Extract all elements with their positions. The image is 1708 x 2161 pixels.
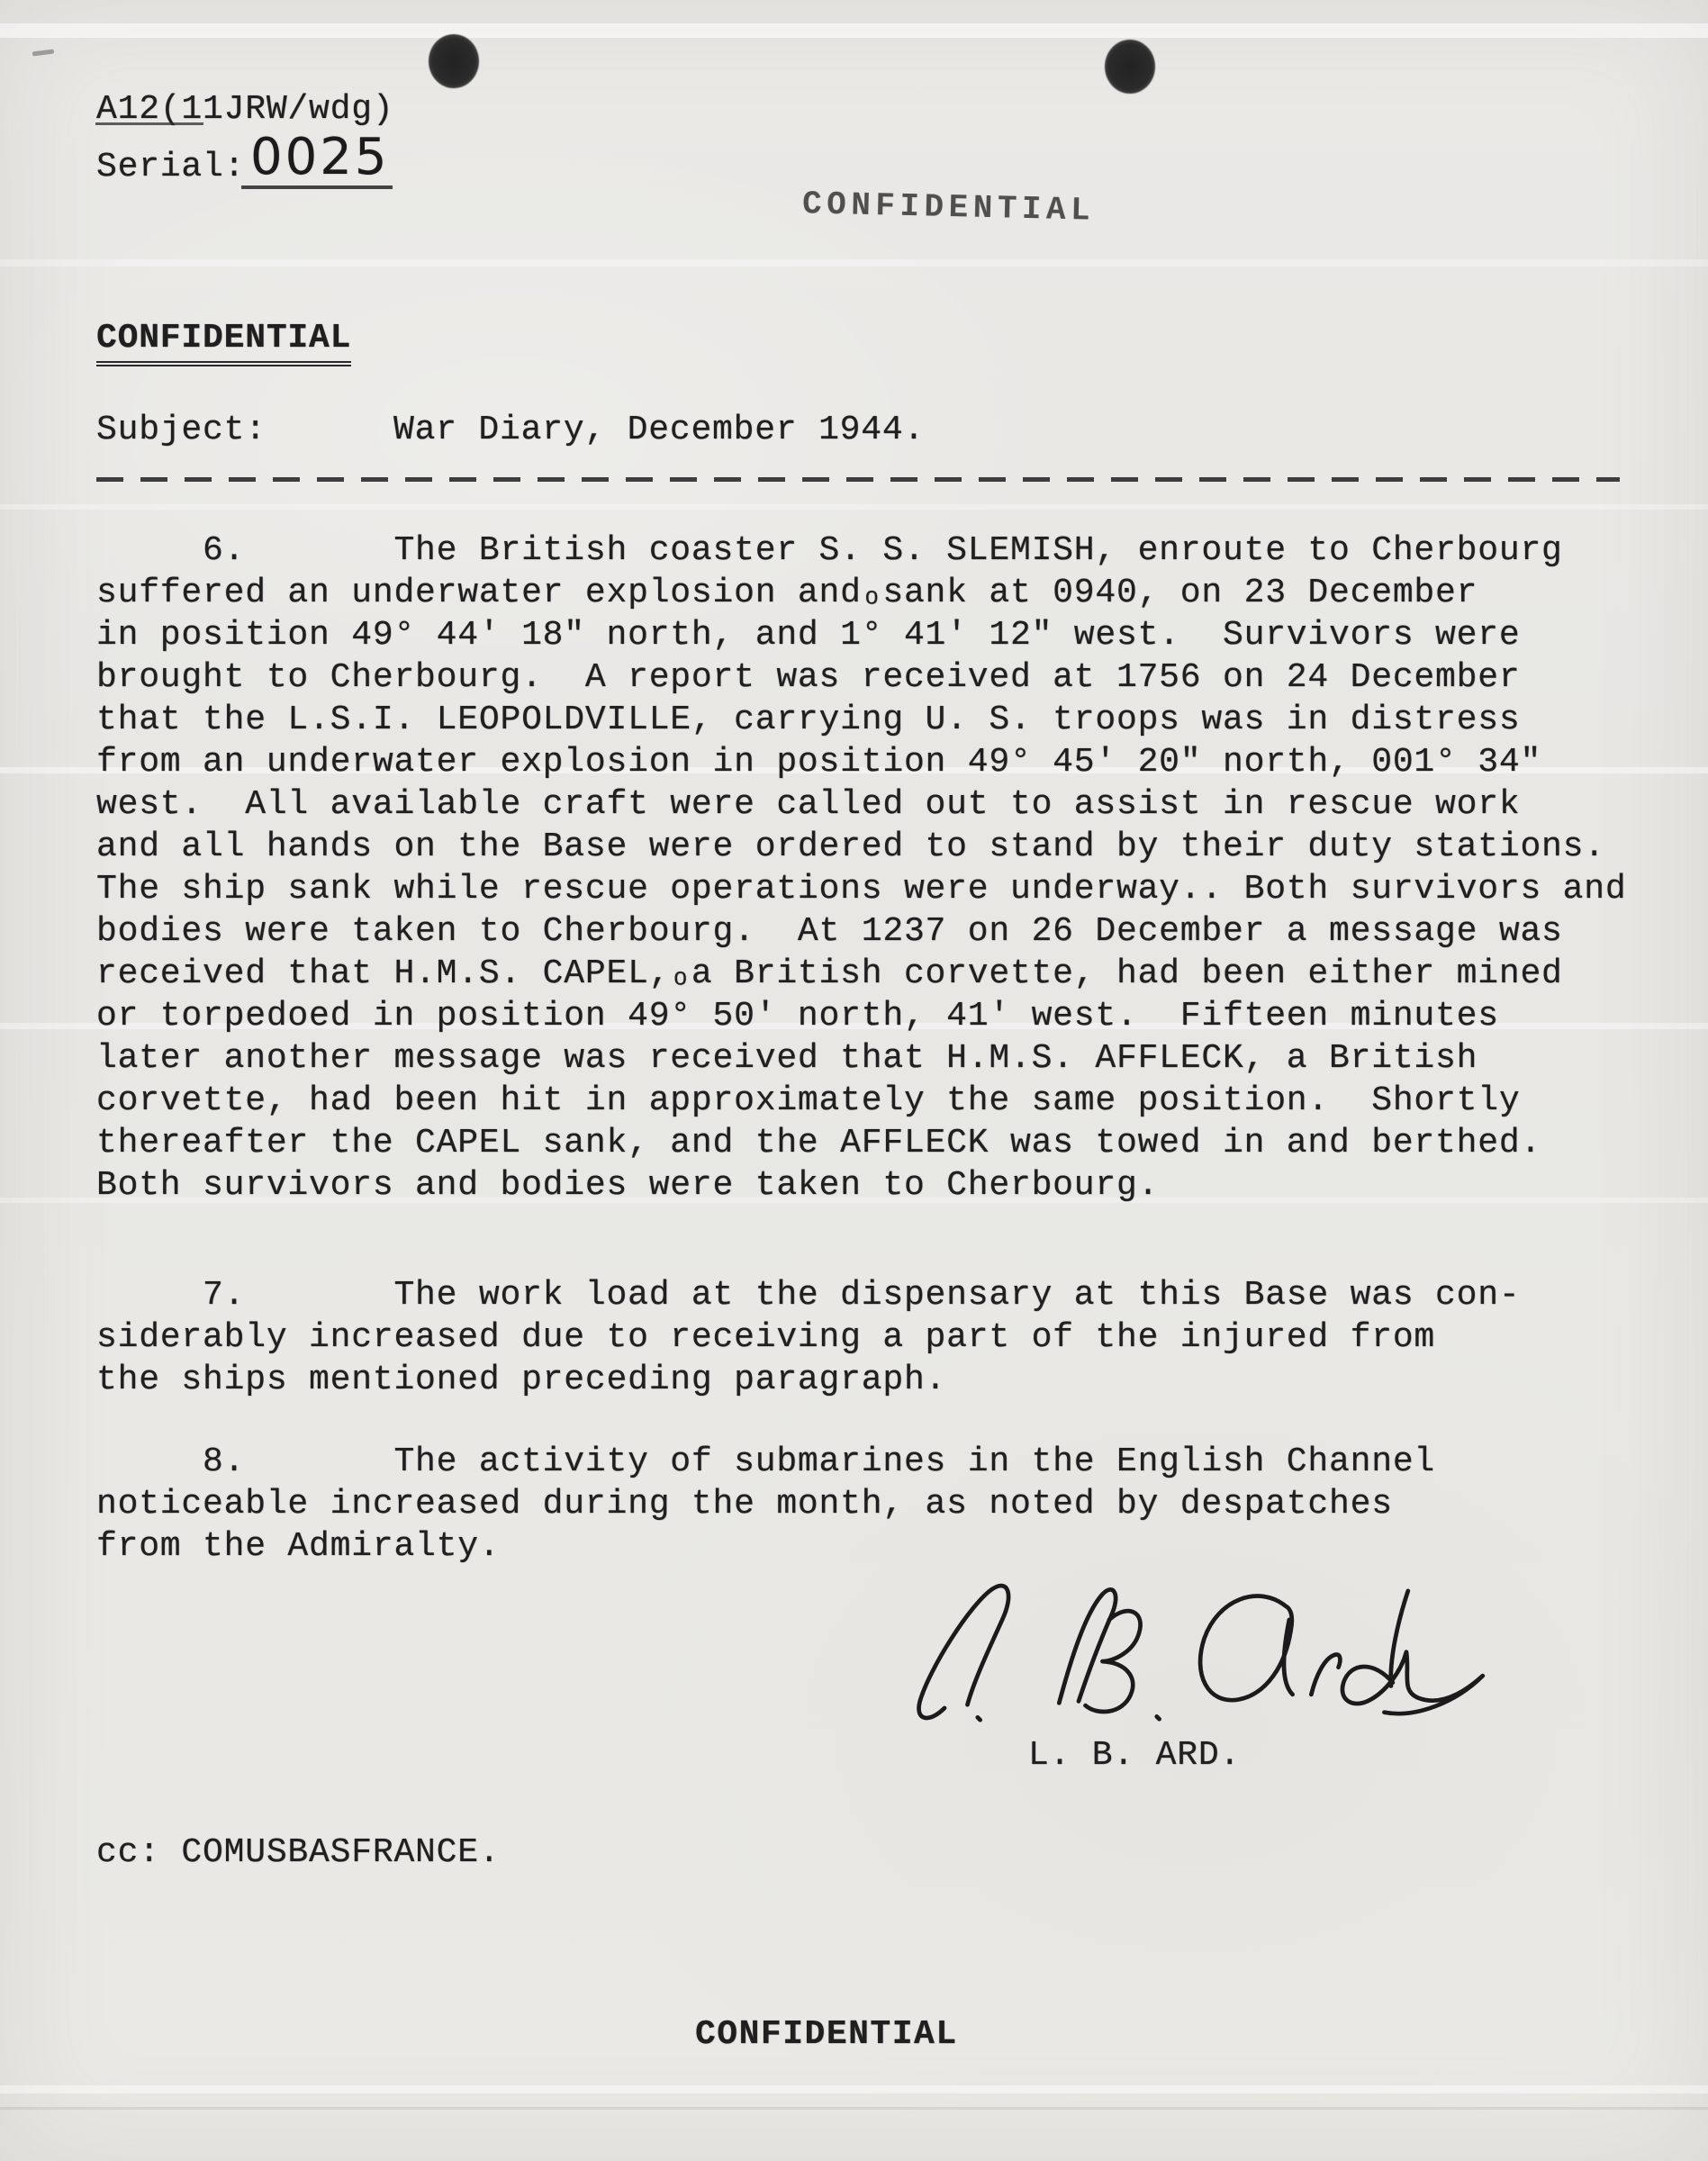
subject-label: Subject: xyxy=(96,411,267,449)
text-line: siderably increased due to receiving a p… xyxy=(96,1316,1520,1359)
serial-underline xyxy=(241,185,393,189)
scan-streak xyxy=(0,504,1708,510)
text-line: 6. The British coaster S. S. SLEMISH, en… xyxy=(96,529,1626,572)
paragraph-6: 6. The British coaster S. S. SLEMISH, en… xyxy=(96,529,1626,1207)
reference-underline xyxy=(95,122,203,125)
scan-streak xyxy=(0,23,1708,38)
hole-punch-mark-left xyxy=(429,34,479,88)
signature-typed-name: L. B. ARD. xyxy=(1028,1736,1241,1775)
serial-number-stamp: 0025 xyxy=(250,128,390,186)
text-line: or torpedoed in position 49° 50' north, … xyxy=(96,995,1626,1037)
separator-dashed-line xyxy=(96,477,1620,482)
text-line: received that H.M.S. CAPEL,ₒa British co… xyxy=(96,953,1626,995)
footer-classification: CONFIDENTIAL xyxy=(695,2015,958,2054)
text-line: later another message was received that … xyxy=(96,1037,1626,1080)
classification-heading: CONFIDENTIAL xyxy=(96,319,351,366)
text-line: 8. The activity of submarines in the Eng… xyxy=(96,1441,1435,1483)
paragraph-8: 8. The activity of submarines in the Eng… xyxy=(96,1441,1435,1568)
text-line: brought to Cherbourg. A report was recei… xyxy=(96,656,1626,699)
text-line: and all hands on the Base were ordered t… xyxy=(96,826,1626,868)
text-line: 7. The work load at the dispensary at th… xyxy=(96,1274,1520,1316)
text-line: corvette, had been hit in approximately … xyxy=(96,1080,1626,1122)
text-line: The ship sank while rescue operations we… xyxy=(96,868,1626,910)
text-line: suffered an underwater explosion andₒsan… xyxy=(96,572,1626,614)
paragraph-7: 7. The work load at the dispensary at th… xyxy=(96,1274,1520,1401)
text-line: from the Admiralty. xyxy=(96,1525,1435,1568)
text-line: bodies were taken to Cherbourg. At 1237 … xyxy=(96,910,1626,953)
text-line: in position 49° 44' 18" north, and 1° 41… xyxy=(96,614,1626,656)
text-line: west. All available craft were called ou… xyxy=(96,783,1626,826)
pencil-mark xyxy=(32,50,54,57)
cc-line: cc: COMUSBASFRANCE. xyxy=(96,1833,500,1872)
serial-label: Serial: xyxy=(96,148,245,186)
scan-streak xyxy=(0,259,1708,267)
text-line: the ships mentioned preceding paragraph. xyxy=(96,1359,1520,1401)
document-page: A12(11JRW/wdg) CONFIDENTIAL Serial: 0025… xyxy=(0,0,1708,2161)
text-line: from an underwater explosion in position… xyxy=(96,741,1626,783)
hole-punch-mark-right xyxy=(1105,40,1155,94)
signature-handwriting xyxy=(878,1574,1517,1752)
subject-value: War Diary, December 1944. xyxy=(393,411,925,449)
text-line: thereafter the CAPEL sank, and the AFFLE… xyxy=(96,1122,1626,1164)
text-line: that the L.S.I. LEOPOLDVILLE, carrying U… xyxy=(96,699,1626,741)
text-line: noticeable increased during the month, a… xyxy=(96,1483,1435,1525)
scan-streak xyxy=(0,2107,1708,2110)
scan-streak xyxy=(0,2085,1708,2093)
text-line: Both survivors and bodies were taken to … xyxy=(96,1164,1626,1207)
confidential-stamp: CONFIDENTIAL xyxy=(802,185,1096,229)
